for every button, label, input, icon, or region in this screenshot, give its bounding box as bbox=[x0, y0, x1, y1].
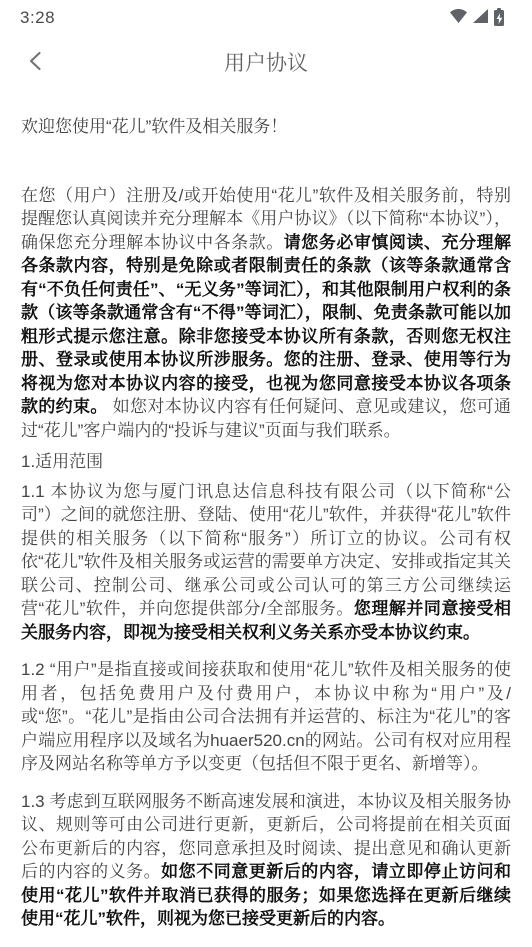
agreement-paragraph: 1.1 本协议为您与厦门讯息达信息科技有限公司（以下简称“公司”）之间的就您注册… bbox=[21, 480, 511, 645]
status-time: 3:28 bbox=[20, 8, 55, 28]
agreement-paragraph: 在您（用户）注册及/或开始使用“花儿”软件及相关服务前，特别提醒您认真阅读并充分… bbox=[21, 184, 511, 443]
agreement-paragraph: 1.2 “用户”是指直接或间接获取和使用“花儿”软件及相关服务的使用者，包括免费… bbox=[21, 658, 511, 776]
app-screen: 3:28 用户协议 欢迎您使用“花儿”软件及相关服务！在您（用户）注册及/或开始… bbox=[0, 0, 532, 947]
battery-charging-icon bbox=[494, 10, 504, 26]
status-icons bbox=[450, 9, 504, 28]
agreement-paragraph: 1.3 考虑到互联网服务不断高速发展和演进，本协议及相关服务协议、规则等可由公司… bbox=[21, 790, 511, 931]
charging-bolt-icon bbox=[496, 13, 503, 24]
agreement-body: 欢迎您使用“花儿”软件及相关服务！在您（用户）注册及/或开始使用“花儿”软件及相… bbox=[21, 115, 511, 931]
section-heading: 1.适用范围 bbox=[21, 450, 511, 474]
wifi-icon bbox=[450, 9, 467, 28]
page-title: 用户协议 bbox=[0, 47, 532, 77]
status-bar: 3:28 bbox=[0, 0, 532, 30]
agreement-scroll-area[interactable]: 欢迎您使用“花儿”软件及相关服务！在您（用户）注册及/或开始使用“花儿”软件及相… bbox=[0, 94, 532, 947]
page-header: 用户协议 bbox=[0, 30, 532, 94]
signal-icon bbox=[473, 9, 488, 28]
agreement-paragraph: 欢迎您使用“花儿”软件及相关服务！ bbox=[21, 115, 511, 139]
